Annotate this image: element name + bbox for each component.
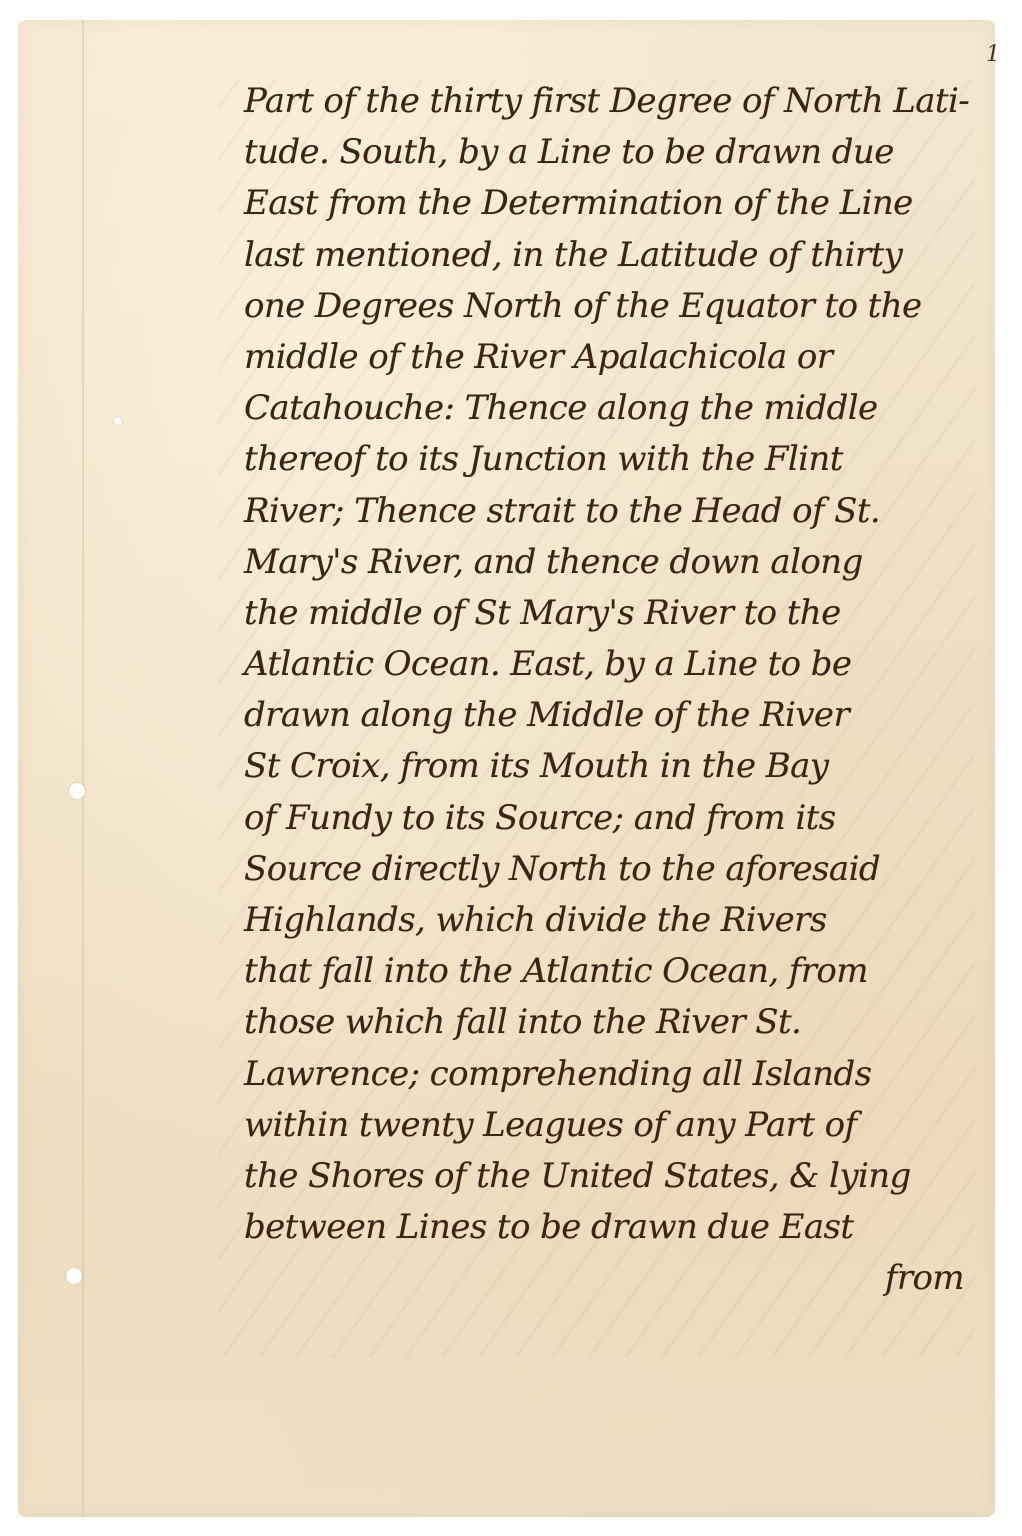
text-line: of Fundy to its Source; and from its (244, 793, 1014, 844)
text-line: last mentioned, in the Latitude of thirt… (244, 230, 1014, 281)
text-line: within twenty Leagues of any Part of (244, 1100, 1014, 1151)
handwritten-text: Part of the thirty first Degree of North… (244, 76, 1014, 1305)
text-line: drawn along the Middle of the River (244, 690, 1014, 741)
text-line: East from the Determination of the Line (244, 178, 1014, 229)
text-line: Catahouche: Thence along the middle (244, 383, 1014, 434)
text-line: Part of the thirty first Degree of North… (244, 76, 1014, 127)
text-line: Mary's River, and thence down along (244, 537, 1014, 588)
text-line: the middle of St Mary's River to the (244, 588, 1014, 639)
text-line: tude. South, by a Line to be drawn due (244, 127, 1014, 178)
punch-hole-bottom (66, 1268, 82, 1284)
punch-hole-middle (69, 783, 85, 799)
text-line: Highlands, which divide the Rivers (244, 895, 1014, 946)
punch-hole-top (114, 417, 122, 425)
text-line: River; Thence strait to the Head of St. (244, 486, 1014, 537)
text-line: thereof to its Junction with the Flint (244, 434, 1014, 485)
text-line: middle of the River Apalachicola or (244, 332, 1014, 383)
text-line: Atlantic Ocean. East, by a Line to be (244, 639, 1014, 690)
manuscript-page: 1 Part of the thirty first Degree of Nor… (18, 20, 995, 1517)
text-line: between Lines to be drawn due East (244, 1202, 1014, 1253)
text-line: one Degrees North of the Equator to the (244, 281, 1014, 332)
catchword: from (244, 1253, 1014, 1304)
fold-line (82, 20, 84, 1517)
text-line: Source directly North to the aforesaid (244, 844, 1014, 895)
text-line: St Croix, from its Mouth in the Bay (244, 741, 1014, 792)
text-line: the Shores of the United States, & lying (244, 1151, 1014, 1202)
page-number: 1 (986, 42, 1000, 67)
text-line: that fall into the Atlantic Ocean, from (244, 946, 1014, 997)
text-line: those which fall into the River St. (244, 997, 1014, 1048)
text-line: Lawrence; comprehending all Islands (244, 1049, 1014, 1100)
